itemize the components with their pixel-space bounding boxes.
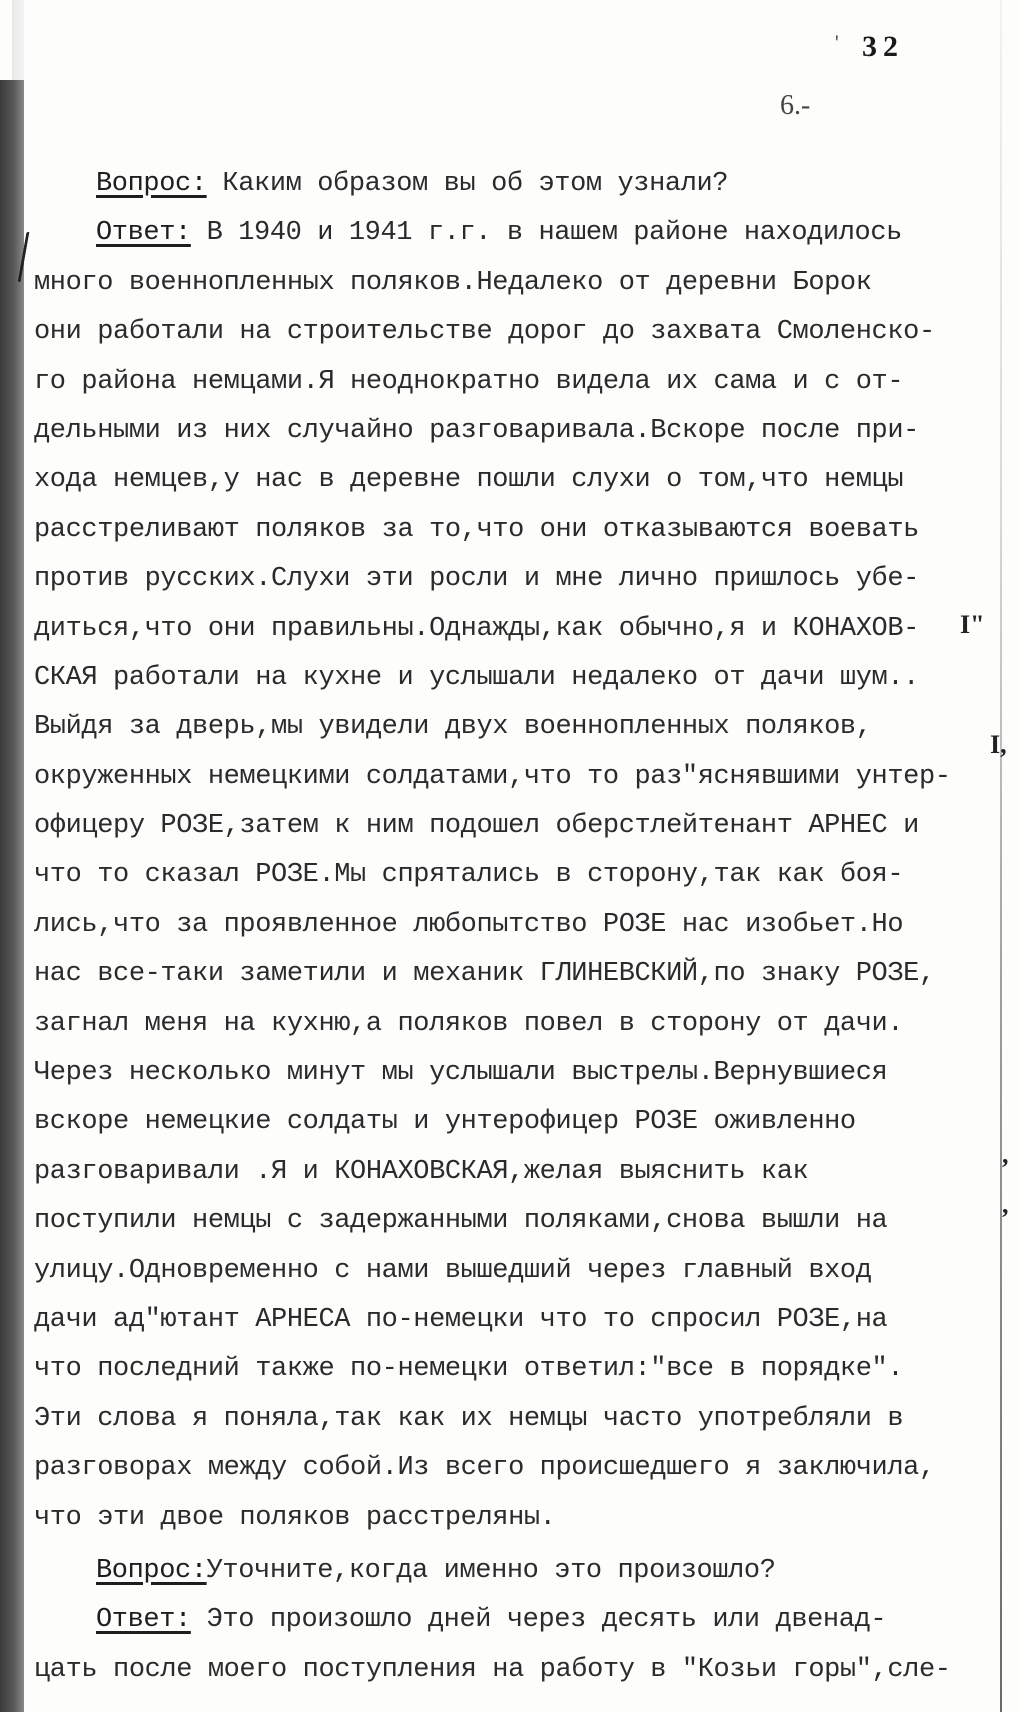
margin-mark: I, [990, 730, 1007, 760]
answer-line: Через несколько минут мы услышали выстре… [34, 1049, 994, 1098]
answer-line: Выйдя за дверь,мы увидели двух военнопле… [34, 703, 994, 752]
answer-line: вскоре немецкие солдаты и унтерофицер РО… [34, 1098, 994, 1147]
answer-line: Ответ: В 1940 и 1941 г.г. в нашем районе… [34, 209, 994, 258]
scan-edge-shadow [0, 80, 24, 1712]
line-text: хода немцев,у нас в деревне пошли слухи … [34, 465, 903, 495]
line-text: СКАЯ работали на кухне и услышали недале… [34, 663, 919, 693]
answer-line: цать после моего поступления на работу в… [34, 1646, 994, 1695]
question-line: Вопрос: Каким образом вы об этом узнали? [34, 160, 994, 209]
question-label: Вопрос: [96, 1556, 207, 1586]
answer-line: Эти слова я поняла,так как их немцы част… [34, 1395, 994, 1444]
answer-line: они работали на строительстве дорог до з… [34, 308, 994, 357]
answer-line: СКАЯ работали на кухне и услышали недале… [34, 654, 994, 703]
line-text: загнал меня на кухню,а поляков повел в с… [34, 1009, 903, 1039]
line-text: го района немцами.Я неоднократно видела … [34, 367, 903, 397]
line-text: дельными из них случайно разговаривала.В… [34, 416, 919, 446]
margin-mark: , [1002, 1190, 1009, 1220]
answer-label: Ответ: [96, 1605, 191, 1635]
answer-line: против русских.Слухи эти росли и мне лич… [34, 555, 994, 604]
line-text: расстреливают поляков за то,что они отка… [34, 515, 919, 545]
answer-label: Ответ: [96, 218, 191, 248]
line-text: Выйдя за дверь,мы увидели двух военнопле… [34, 712, 872, 742]
margin-mark: I" [960, 610, 985, 640]
question-label: Вопрос: [96, 169, 207, 199]
answer-line: много военнопленных поляков.Недалеко от … [34, 259, 994, 308]
answer-line: что то сказал РОЗЕ.Мы спрятались в сторо… [34, 851, 994, 900]
line-text: разговорах между собой.Из всего происшед… [34, 1453, 935, 1483]
typewritten-body: Вопрос: Каким образом вы об этом узнали?… [34, 160, 994, 1695]
line-text: что последний также по-немецки ответил:"… [34, 1354, 903, 1384]
answer-line: нас все-таки заметили и механик ГЛИНЕВСК… [34, 950, 994, 999]
answer-line: го района немцами.Я неоднократно видела … [34, 358, 994, 407]
sheet-number: 6.- [780, 90, 810, 122]
line-text: много военнопленных поляков.Недалеко от … [34, 268, 872, 298]
line-text: В 1940 и 1941 г.г. в нашем районе находи… [191, 218, 902, 248]
line-text: лись,что за проявленное любопытство РОЗЕ… [34, 910, 903, 940]
scan-edge-top [12, 0, 24, 80]
answer-line: что эти двое поляков расстреляны. [34, 1494, 994, 1543]
answer-line: диться,что они правильны.Однажды,как обы… [34, 605, 994, 654]
line-text: окруженных немецкими солдатами,что то ра… [34, 762, 951, 792]
page-number: 32 [862, 30, 904, 64]
answer-line: дачи ад"ютант АРНЕСА по-немецки что то с… [34, 1296, 994, 1345]
document-page: ' 32 6.- Вопрос: Каким образом вы об это… [0, 0, 1020, 1712]
answer-line: дельными из них случайно разговаривала.В… [34, 407, 994, 456]
line-text: поступили немцы с задержанными поляками,… [34, 1206, 887, 1236]
line-text: Каким образом вы об этом узнали? [207, 169, 729, 199]
answer-line: улицу.Одновременно с нами вышедший через… [34, 1247, 994, 1296]
line-text: цать после моего поступления на работу в… [34, 1655, 951, 1685]
line-text: Через несколько минут мы услышали выстре… [34, 1058, 887, 1088]
answer-line: лись,что за проявленное любопытство РОЗЕ… [34, 901, 994, 950]
line-text: против русских.Слухи эти росли и мне лич… [34, 564, 919, 594]
answer-line: разговорах между собой.Из всего происшед… [34, 1444, 994, 1493]
answer-line: офицеру РОЗЕ,затем к ним подошел оберстл… [34, 802, 994, 851]
line-text: что то сказал РОЗЕ.Мы спрятались в сторо… [34, 860, 903, 890]
answer-line: хода немцев,у нас в деревне пошли слухи … [34, 456, 994, 505]
line-text: что эти двое поляков расстреляны. [34, 1503, 556, 1533]
line-text: дачи ад"ютант АРНЕСА по-немецки что то с… [34, 1305, 887, 1335]
line-text: разговаривали .Я и КОНАХОВСКАЯ,желая выя… [34, 1157, 808, 1187]
page-tick-mark: ' [832, 34, 842, 52]
answer-line: загнал меня на кухню,а поляков повел в с… [34, 1000, 994, 1049]
answer-line: Ответ: Это произошло дней через десять и… [34, 1596, 994, 1645]
line-text: Эти слова я поняла,так как их немцы част… [34, 1404, 903, 1434]
line-text: Это произошло дней через десять или двен… [191, 1605, 886, 1635]
answer-line: расстреливают поляков за то,что они отка… [34, 506, 994, 555]
line-text: офицеру РОЗЕ,затем к ним подошел оберстл… [34, 811, 919, 841]
question-line: Вопрос:Уточните,когда именно это произош… [34, 1547, 994, 1596]
answer-line: поступили немцы с задержанными поляками,… [34, 1197, 994, 1246]
line-text: Уточните,когда именно это произошло? [207, 1556, 776, 1586]
line-text: диться,что они правильны.Однажды,как обы… [34, 614, 919, 644]
line-text: нас все-таки заметили и механик ГЛИНЕВСК… [34, 959, 935, 989]
line-text: улицу.Одновременно с нами вышедший через… [34, 1256, 872, 1286]
margin-mark: , [1002, 1140, 1009, 1170]
answer-line: окруженных немецкими солдатами,что то ра… [34, 753, 994, 802]
line-text: они работали на строительстве дорог до з… [34, 317, 935, 347]
answer-line: разговаривали .Я и КОНАХОВСКАЯ,желая выя… [34, 1148, 994, 1197]
answer-line: что последний также по-немецки ответил:"… [34, 1345, 994, 1394]
line-text: вскоре немецкие солдаты и унтерофицер РО… [34, 1107, 856, 1137]
right-margin-rule [1000, 0, 1002, 1712]
